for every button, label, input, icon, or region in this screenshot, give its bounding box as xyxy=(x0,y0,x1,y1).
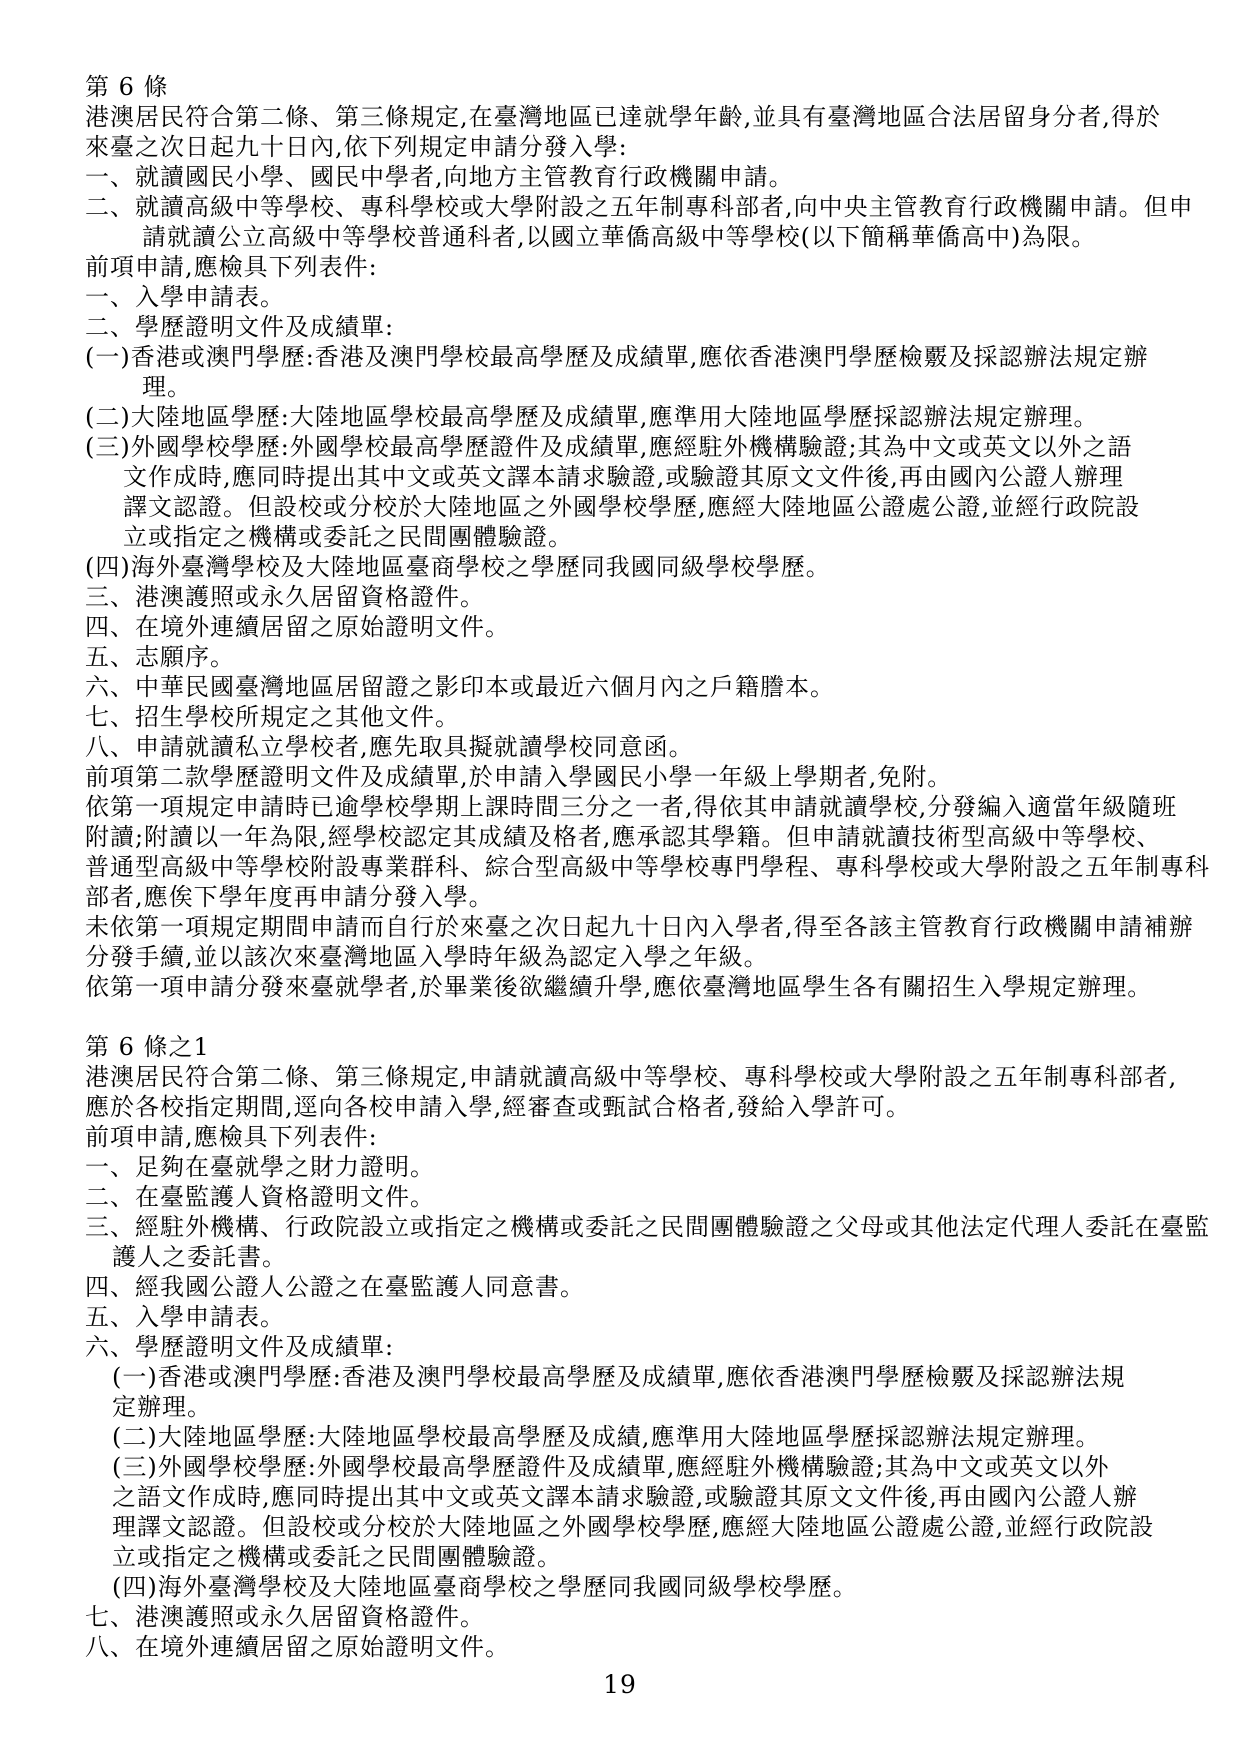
article-heading: 第 6 條之1 xyxy=(85,1032,1163,1062)
text-line: 七、招生學校所規定之其他文件。 xyxy=(85,702,1163,732)
text-line: 譯文認證。但設校或分校於大陸地區之外國學校學歷,應經大陸地區公證處公證,並經行政… xyxy=(85,492,1163,522)
text-line: 之語文作成時,應同時提出其中文或英文譯本請求驗證,或驗證其原文文件後,再由國內公… xyxy=(85,1482,1163,1512)
text-line: 五、志願序。 xyxy=(85,642,1163,672)
text-line: 港澳居民符合第二條、第三條規定,申請就讀高級中等學校、專科學校或大學附設之五年制… xyxy=(85,1062,1163,1092)
text-line: 八、在境外連續居留之原始證明文件。 xyxy=(85,1632,1163,1662)
text-line: 附讀;附讀以一年為限,經學校認定其成績及格者,應承認其學籍。但申請就讀技術型高級… xyxy=(85,822,1163,852)
text-line: 三、港澳護照或永久居留資格證件。 xyxy=(85,582,1163,612)
text-line: 理。 xyxy=(85,372,1163,402)
article: 第 6 條之1港澳居民符合第二條、第三條規定,申請就讀高級中等學校、專科學校或大… xyxy=(85,1032,1163,1662)
text-line: 三、經駐外機構、行政院設立或指定之機構或委託之民間團體驗證之父母或其他法定代理人… xyxy=(85,1212,1163,1242)
text-line: 港澳居民符合第二條、第三條規定,在臺灣地區已達就學年齡,並具有臺灣地區合法居留身… xyxy=(85,102,1163,132)
text-line: 依第一項規定申請時已逾學校學期上課時間三分之一者,得依其申請就讀學校,分發編入適… xyxy=(85,792,1163,822)
text-line: 八、申請就讀私立學校者,應先取具擬就讀學校同意函。 xyxy=(85,732,1163,762)
text-line: 四、在境外連續居留之原始證明文件。 xyxy=(85,612,1163,642)
text-line: 普通型高級中等學校附設專業群科、綜合型高級中等學校專門學程、專科學校或大學附設之… xyxy=(85,852,1163,882)
text-line: 應於各校指定期間,逕向各校申請入學,經審查或甄試合格者,發給入學許可。 xyxy=(85,1092,1163,1122)
text-line: 立或指定之機構或委託之民間團體驗證。 xyxy=(85,522,1163,552)
text-line: 依第一項申請分發來臺就學者,於畢業後欲繼續升學,應依臺灣地區學生各有關招生入學規… xyxy=(85,972,1163,1002)
text-line: 來臺之次日起九十日內,依下列規定申請分發入學: xyxy=(85,132,1163,162)
text-line: 理譯文認證。但設校或分校於大陸地區之外國學校學歷,應經大陸地區公證處公證,並經行… xyxy=(85,1512,1163,1542)
article-heading: 第 6 條 xyxy=(85,72,1163,102)
text-line: 定辦理。 xyxy=(85,1392,1163,1422)
text-line: 前項申請,應檢具下列表件: xyxy=(85,1122,1163,1152)
text-line: 一、就讀國民小學、國民中學者,向地方主管教育行政機關申請。 xyxy=(85,162,1163,192)
article: 第 6 條港澳居民符合第二條、第三條規定,在臺灣地區已達就學年齡,並具有臺灣地區… xyxy=(85,72,1163,1002)
text-line: (四)海外臺灣學校及大陸地區臺商學校之學歷同我國同級學校學歷。 xyxy=(85,552,1163,582)
document-body: 第 6 條港澳居民符合第二條、第三條規定,在臺灣地區已達就學年齡,並具有臺灣地區… xyxy=(85,72,1163,1662)
text-line: 六、中華民國臺灣地區居留證之影印本或最近六個月內之戶籍謄本。 xyxy=(85,672,1163,702)
text-line: (一)香港或澳門學歷:香港及澳門學校最高學歷及成績單,應依香港澳門學歷檢覈及採認… xyxy=(85,1362,1163,1392)
text-line: 分發手續,並以該次來臺灣地區入學時年級為認定入學之年級。 xyxy=(85,942,1163,972)
text-line: 一、足夠在臺就學之財力證明。 xyxy=(85,1152,1163,1182)
text-line: 七、港澳護照或永久居留資格證件。 xyxy=(85,1602,1163,1632)
text-line: (一)香港或澳門學歷:香港及澳門學校最高學歷及成績單,應依香港澳門學歷檢覈及採認… xyxy=(85,342,1163,372)
page-number: 19 xyxy=(0,1670,1240,1700)
text-line: 六、學歷證明文件及成績單: xyxy=(85,1332,1163,1362)
text-line: 護人之委託書。 xyxy=(85,1242,1163,1272)
text-line: 前項申請,應檢具下列表件: xyxy=(85,252,1163,282)
text-line: 未依第一項規定期間申請而自行於來臺之次日起九十日內入學者,得至各該主管教育行政機… xyxy=(85,912,1163,942)
text-line: 二、學歷證明文件及成績單: xyxy=(85,312,1163,342)
text-line: 請就讀公立高級中等學校普通科者,以國立華僑高級中等學校(以下簡稱華僑高中)為限。 xyxy=(85,222,1163,252)
text-line: (四)海外臺灣學校及大陸地區臺商學校之學歷同我國同級學校學歷。 xyxy=(85,1572,1163,1602)
text-line: (二)大陸地區學歷:大陸地區學校最高學歷及成績,應準用大陸地區學歷採認辦法規定辦… xyxy=(85,1422,1163,1452)
text-line: 文作成時,應同時提出其中文或英文譯本請求驗證,或驗證其原文文件後,再由國內公證人… xyxy=(85,462,1163,492)
text-line: 五、入學申請表。 xyxy=(85,1302,1163,1332)
text-line: 一、入學申請表。 xyxy=(85,282,1163,312)
document-page: 第 6 條港澳居民符合第二條、第三條規定,在臺灣地區已達就學年齡,並具有臺灣地區… xyxy=(0,0,1240,1753)
text-line: 立或指定之機構或委託之民間團體驗證。 xyxy=(85,1542,1163,1572)
text-line: (三)外國學校學歷:外國學校最高學歷證件及成績單,應經駐外機構驗證;其為中文或英… xyxy=(85,1452,1163,1482)
text-line: 前項第二款學歷證明文件及成績單,於申請入學國民小學一年級上學期者,免附。 xyxy=(85,762,1163,792)
text-line: 四、經我國公證人公證之在臺監護人同意書。 xyxy=(85,1272,1163,1302)
text-line: 二、就讀高級中等學校、專科學校或大學附設之五年制專科部者,向中央主管教育行政機關… xyxy=(85,192,1163,222)
text-line: (二)大陸地區學歷:大陸地區學校最高學歷及成績單,應準用大陸地區學歷採認辦法規定… xyxy=(85,402,1163,432)
text-line: 部者,應俟下學年度再申請分發入學。 xyxy=(85,882,1163,912)
text-line: (三)外國學校學歷:外國學校最高學歷證件及成績單,應經駐外機構驗證;其為中文或英… xyxy=(85,432,1163,462)
text-line: 二、在臺監護人資格證明文件。 xyxy=(85,1182,1163,1212)
